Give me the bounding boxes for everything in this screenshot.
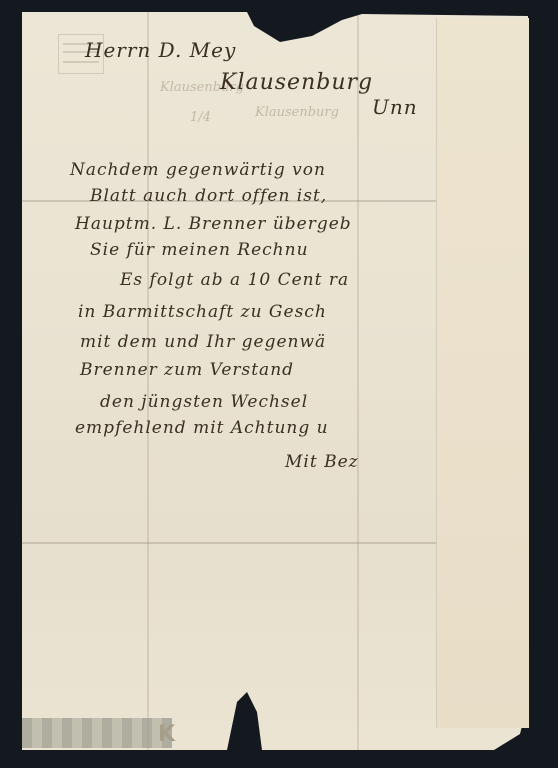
faded-note: Klausenburg — [255, 105, 339, 120]
watermark-letter: K — [158, 722, 175, 747]
body-line: Es folgt ab a 10 Cent ra — [120, 270, 349, 290]
body-line: empfehlend mit Achtung u — [75, 418, 329, 438]
body-line: Hauptm. L. Brenner übergeb — [75, 214, 352, 234]
address-line: Herrn D. Mey — [85, 38, 236, 62]
pixelated-watermark — [22, 718, 172, 748]
faded-note: 1/4 — [190, 110, 211, 125]
address-line: Klausenburg — [220, 70, 373, 95]
body-line: Nachdem gegenwärtig von — [70, 160, 326, 180]
signature-line: Mit Bez — [285, 452, 359, 472]
body-line: den jüngsten Wechsel — [100, 392, 308, 412]
body-line: Sie für meinen Rechnu — [90, 240, 309, 260]
body-line: in Barmittschaft zu Gesch — [78, 302, 327, 322]
fold-line-vertical — [357, 12, 359, 750]
fold-line-vertical — [147, 12, 149, 750]
body-line: Brenner zum Verstand — [80, 360, 294, 380]
folded-flap — [436, 18, 529, 728]
body-line: Blatt auch dort offen ist, — [90, 186, 327, 206]
address-line: Unn — [372, 95, 418, 119]
body-line: mit dem und Ihr gegenwä — [80, 332, 326, 352]
